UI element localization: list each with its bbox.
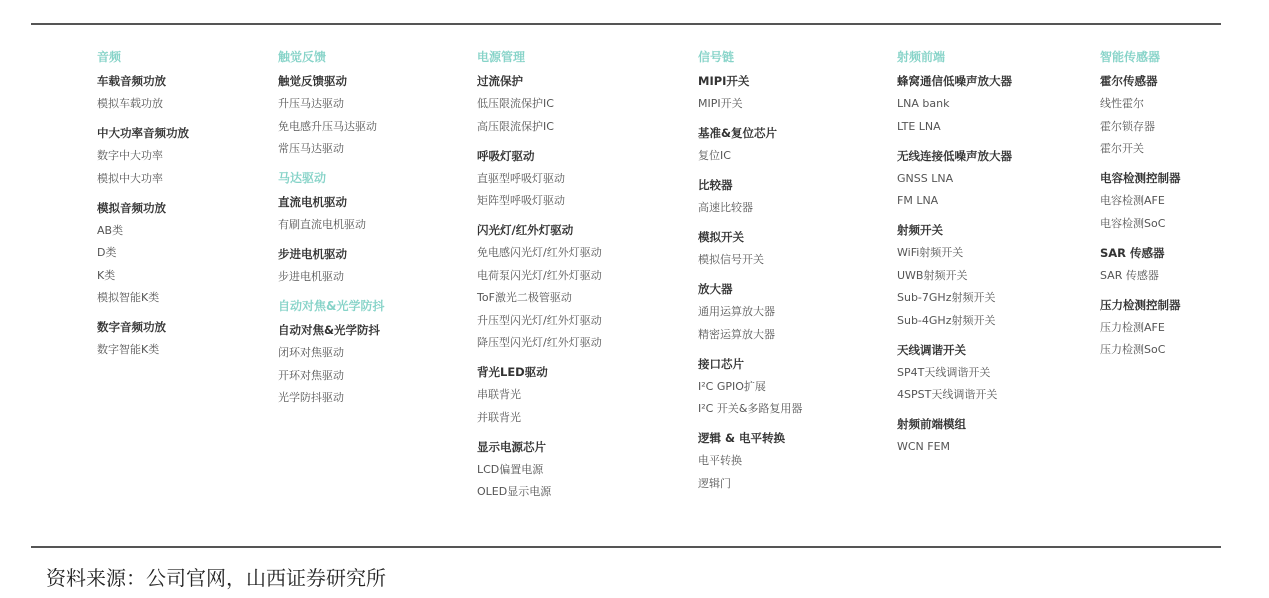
product-item: 免电感升压马达驱动 xyxy=(278,119,384,135)
group-title: 直流电机驱动 xyxy=(278,194,384,210)
product-item: 通用运算放大器 xyxy=(698,304,802,320)
product-item: 高速比较器 xyxy=(698,200,802,216)
group-title: 数字音频功放 xyxy=(97,319,189,335)
product-item: LCD偏置电源 xyxy=(477,462,602,478)
product-item: GNSS LNA xyxy=(897,171,1012,187)
catalog-column: 音频车载音频功放模拟车载功放中大功率音频功放数字中大功率模拟中大功率模拟音频功放… xyxy=(97,49,189,365)
product-item: Sub-7GHz射频开关 xyxy=(897,290,1012,306)
group-title: 压力检测控制器 xyxy=(1100,297,1181,313)
group-title: 无线连接低噪声放大器 xyxy=(897,148,1012,164)
product-item: 压力检测SoC xyxy=(1100,342,1181,358)
product-item: 开环对焦驱动 xyxy=(278,368,384,384)
group-title: 蜂窝通信低噪声放大器 xyxy=(897,73,1012,89)
category-heading: 信号链 xyxy=(698,49,802,65)
group-title: 自动对焦&光学防抖 xyxy=(278,322,384,338)
product-group: 呼吸灯驱动直驱型呼吸灯驱动矩阵型呼吸灯驱动 xyxy=(477,148,602,210)
product-group: 步进电机驱动步进电机驱动 xyxy=(278,246,384,285)
product-group: 比较器高速比较器 xyxy=(698,177,802,216)
product-item: D类 xyxy=(97,245,189,261)
product-group: 模拟开关模拟信号开关 xyxy=(698,229,802,268)
product-item: LNA bank xyxy=(897,96,1012,112)
product-item: 模拟信号开关 xyxy=(698,252,802,268)
group-title: 过流保护 xyxy=(477,73,602,89)
product-group: 接口芯片I²C GPIO扩展I²C 开关&多路复用器 xyxy=(698,356,802,418)
group-title: 背光LED驱动 xyxy=(477,364,602,380)
product-item: 数字中大功率 xyxy=(97,148,189,164)
product-group: 闪光灯/红外灯驱动免电感闪光灯/红外灯驱动电荷泵闪光灯/红外灯驱动ToF激光二极… xyxy=(477,222,602,351)
group-title: SAR 传感器 xyxy=(1100,245,1181,261)
product-item: 常压马达驱动 xyxy=(278,141,384,157)
group-title: 射频前端模组 xyxy=(897,416,1012,432)
group-title: 霍尔传感器 xyxy=(1100,73,1181,89)
product-group: 中大功率音频功放数字中大功率模拟中大功率 xyxy=(97,125,189,187)
group-title: 比较器 xyxy=(698,177,802,193)
product-group: 逻辑 & 电平转换电平转换逻辑门 xyxy=(698,430,802,492)
product-group: 无线连接低噪声放大器GNSS LNAFM LNA xyxy=(897,148,1012,210)
product-item: 有刷直流电机驱动 xyxy=(278,217,384,233)
catalog-column: 电源管理过流保护低压限流保护IC高压限流保护IC呼吸灯驱动直驱型呼吸灯驱动矩阵型… xyxy=(477,49,602,507)
product-item: 高压限流保护IC xyxy=(477,119,602,135)
group-title: 模拟音频功放 xyxy=(97,200,189,216)
product-item: 4SPST天线调谐开关 xyxy=(897,387,1012,403)
group-title: 呼吸灯驱动 xyxy=(477,148,602,164)
catalog-column: 射频前端蜂窝通信低噪声放大器LNA bankLTE LNA无线连接低噪声放大器G… xyxy=(897,49,1012,462)
catalog-column: 信号链MIPI开关MIPI开关基准&复位芯片复位IC比较器高速比较器模拟开关模拟… xyxy=(698,49,802,498)
product-item: 逻辑门 xyxy=(698,476,802,492)
product-item: 压力检测AFE xyxy=(1100,320,1181,336)
top-rule xyxy=(31,23,1221,25)
product-item: Sub-4GHz射频开关 xyxy=(897,313,1012,329)
catalog-column: 智能传感器霍尔传感器线性霍尔霍尔锁存器霍尔开关电容检测控制器电容检测AFE电容检… xyxy=(1100,49,1181,365)
group-title: 放大器 xyxy=(698,281,802,297)
product-item: 免电感闪光灯/红外灯驱动 xyxy=(477,245,602,261)
product-item: 线性霍尔 xyxy=(1100,96,1181,112)
product-item: K类 xyxy=(97,268,189,284)
product-item: 低压限流保护IC xyxy=(477,96,602,112)
product-item: MIPI开关 xyxy=(698,96,802,112)
product-item: ToF激光二极管驱动 xyxy=(477,290,602,306)
product-item: WiFi射频开关 xyxy=(897,245,1012,261)
product-item: 模拟中大功率 xyxy=(97,171,189,187)
product-group: 背光LED驱动串联背光并联背光 xyxy=(477,364,602,426)
product-item: I²C 开关&多路复用器 xyxy=(698,401,802,417)
product-item: 模拟智能K类 xyxy=(97,290,189,306)
product-item: 光学防抖驱动 xyxy=(278,390,384,406)
product-group: 自动对焦&光学防抖闭环对焦驱动开环对焦驱动光学防抖驱动 xyxy=(278,322,384,406)
product-group: 数字音频功放数字智能K类 xyxy=(97,319,189,358)
catalog-column: 触觉反馈触觉反馈驱动升压马达驱动免电感升压马达驱动常压马达驱动马达驱动直流电机驱… xyxy=(278,49,384,413)
product-group: 电容检测控制器电容检测AFE电容检测SoC xyxy=(1100,170,1181,232)
group-title: MIPI开关 xyxy=(698,73,802,89)
product-group: 射频开关WiFi射频开关UWB射频开关Sub-7GHz射频开关Sub-4GHz射… xyxy=(897,222,1012,329)
product-item: 串联背光 xyxy=(477,387,602,403)
category-heading: 马达驱动 xyxy=(278,170,384,186)
product-group: MIPI开关MIPI开关 xyxy=(698,73,802,112)
group-title: 步进电机驱动 xyxy=(278,246,384,262)
group-title: 接口芯片 xyxy=(698,356,802,372)
product-item: 并联背光 xyxy=(477,410,602,426)
product-group: 放大器通用运算放大器精密运算放大器 xyxy=(698,281,802,343)
product-item: 闭环对焦驱动 xyxy=(278,345,384,361)
product-item: 模拟车载功放 xyxy=(97,96,189,112)
product-group: 蜂窝通信低噪声放大器LNA bankLTE LNA xyxy=(897,73,1012,135)
product-item: 步进电机驱动 xyxy=(278,269,384,285)
product-item: 复位IC xyxy=(698,148,802,164)
product-group: 霍尔传感器线性霍尔霍尔锁存器霍尔开关 xyxy=(1100,73,1181,157)
category-heading: 音频 xyxy=(97,49,189,65)
product-item: I²C GPIO扩展 xyxy=(698,379,802,395)
product-item: 升压马达驱动 xyxy=(278,96,384,112)
product-item: OLED显示电源 xyxy=(477,484,602,500)
group-title: 中大功率音频功放 xyxy=(97,125,189,141)
product-item: WCN FEM xyxy=(897,439,1012,455)
group-title: 电容检测控制器 xyxy=(1100,170,1181,186)
product-group: 过流保护低压限流保护IC高压限流保护IC xyxy=(477,73,602,135)
category-heading: 智能传感器 xyxy=(1100,49,1181,65)
category-heading: 电源管理 xyxy=(477,49,602,65)
product-item: 电平转换 xyxy=(698,453,802,469)
category-heading: 自动对焦&光学防抖 xyxy=(278,298,384,314)
group-title: 触觉反馈驱动 xyxy=(278,73,384,89)
product-item: 霍尔锁存器 xyxy=(1100,119,1181,135)
product-group: 基准&复位芯片复位IC xyxy=(698,125,802,164)
product-item: LTE LNA xyxy=(897,119,1012,135)
product-item: 升压型闪光灯/红外灯驱动 xyxy=(477,313,602,329)
product-group: 天线调谐开关SP4T天线调谐开关4SPST天线调谐开关 xyxy=(897,342,1012,404)
product-group: 射频前端模组WCN FEM xyxy=(897,416,1012,455)
product-item: AB类 xyxy=(97,223,189,239)
product-item: 电容检测SoC xyxy=(1100,216,1181,232)
group-title: 显示电源芯片 xyxy=(477,439,602,455)
product-item: 降压型闪光灯/红外灯驱动 xyxy=(477,335,602,351)
group-title: 车载音频功放 xyxy=(97,73,189,89)
product-item: 精密运算放大器 xyxy=(698,327,802,343)
product-group: 直流电机驱动有刷直流电机驱动 xyxy=(278,194,384,233)
product-group: 触觉反馈驱动升压马达驱动免电感升压马达驱动常压马达驱动 xyxy=(278,73,384,157)
group-title: 闪光灯/红外灯驱动 xyxy=(477,222,602,238)
source-note: 资料来源：公司官网，山西证券研究所 xyxy=(46,562,386,591)
product-group: 压力检测控制器压力检测AFE压力检测SoC xyxy=(1100,297,1181,359)
category-heading: 射频前端 xyxy=(897,49,1012,65)
product-group: 车载音频功放模拟车载功放 xyxy=(97,73,189,112)
group-title: 基准&复位芯片 xyxy=(698,125,802,141)
product-item: SAR 传感器 xyxy=(1100,268,1181,284)
group-title: 模拟开关 xyxy=(698,229,802,245)
product-group: SAR 传感器SAR 传感器 xyxy=(1100,245,1181,284)
product-item: FM LNA xyxy=(897,193,1012,209)
group-title: 天线调谐开关 xyxy=(897,342,1012,358)
group-title: 射频开关 xyxy=(897,222,1012,238)
product-item: 电容检测AFE xyxy=(1100,193,1181,209)
product-item: UWB射频开关 xyxy=(897,268,1012,284)
product-item: 直驱型呼吸灯驱动 xyxy=(477,171,602,187)
category-heading: 触觉反馈 xyxy=(278,49,384,65)
bottom-rule xyxy=(31,546,1221,548)
product-item: 矩阵型呼吸灯驱动 xyxy=(477,193,602,209)
product-group: 模拟音频功放AB类D类K类模拟智能K类 xyxy=(97,200,189,307)
product-item: 电荷泵闪光灯/红外灯驱动 xyxy=(477,268,602,284)
product-item: 霍尔开关 xyxy=(1100,141,1181,157)
group-title: 逻辑 & 电平转换 xyxy=(698,430,802,446)
product-item: 数字智能K类 xyxy=(97,342,189,358)
product-group: 显示电源芯片LCD偏置电源OLED显示电源 xyxy=(477,439,602,501)
product-item: SP4T天线调谐开关 xyxy=(897,365,1012,381)
